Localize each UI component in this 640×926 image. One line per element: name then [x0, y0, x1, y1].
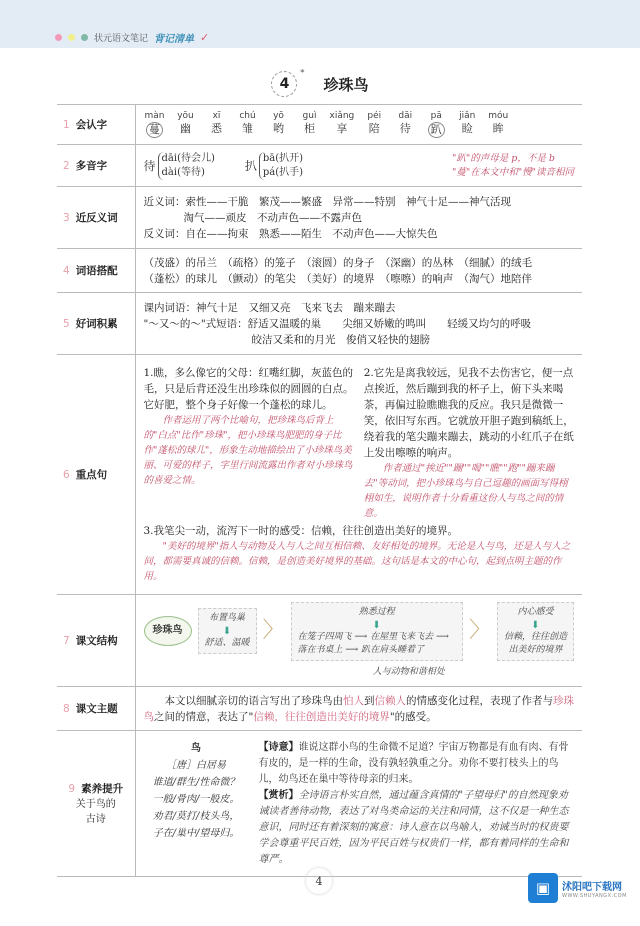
key-sentence: 1.瞧，多么像它的父母：红嘴红脚，灰蓝色的毛，只是后背还没生出珍珠似的圆圆的白点… — [144, 365, 354, 413]
character: 眸 — [493, 122, 504, 136]
pinyin-char: jiǎn睑 — [456, 111, 478, 138]
row-number: 7 — [63, 635, 70, 647]
pinyin: xī — [213, 111, 221, 122]
check-icon: ✓ — [200, 31, 209, 44]
watermark-name: 沭阳吧下载网 — [562, 878, 627, 893]
row-content: 本文以细腻亲切的语言写出了珍珠鸟由怕人到信赖人的情感变化过程，表现了作者与珍珠鸟… — [135, 687, 582, 731]
arrow-down-icon: ⬇ — [205, 627, 250, 637]
cube-logo-icon: ▣ — [528, 873, 558, 903]
sentence-block: 2.它先是离我较远，见我不去伤害它，便一点点挨近，然后蹦到我的杯子上，俯下头来喝… — [364, 365, 574, 521]
reading: dāi(待会儿) — [162, 152, 215, 166]
polyphone-item: 待 dāi(待会儿) dài(等待) — [144, 152, 215, 180]
row-title: 会认字 — [76, 119, 108, 131]
row-number: 9 — [68, 783, 75, 795]
brace: dāi(待会儿) dài(等待) — [158, 152, 215, 180]
badge-label: 背记清单 — [154, 30, 194, 45]
pinyin-char: xī悉 — [206, 111, 228, 138]
structure-box-feeling: 内心感受 ⬇ 信赖，往往创造 出美好的境界 — [497, 602, 574, 661]
pinyin-char: yō哟 — [268, 111, 290, 138]
row-title: 课文主题 — [76, 703, 118, 715]
row-label: 8课文主题 — [57, 687, 135, 731]
character: 待 — [400, 122, 411, 136]
words-line: 课内词语：神气十足 又细又亮 飞来飞去 蹦来蹦去 — [144, 300, 575, 316]
sentence-block: 1.瞧，多么像它的父母：红嘴红脚，灰蓝色的毛，只是后背还没生出珍珠似的圆圆的白点… — [144, 365, 354, 521]
poem: 鸟 ［唐］白居易 谁道/群生/性命微？ 一般/骨肉/一般皮。 劝君/莫打/枝头鸟… — [144, 740, 249, 868]
row-label: 5好词积累 — [57, 293, 135, 355]
row-text-structure: 7课文结构 珍珠鸟 布置鸟巢 ⬇ 舒适、温暖 〉 熟悉过程 ⬇ 在笼子四周飞 ⟶… — [57, 595, 582, 687]
pinyin: pā — [431, 111, 442, 122]
structure-box-process: 熟悉过程 ⬇ 在笼子四周飞 ⟶ 在屋里飞来飞去 ⟶ 落在书桌上 ⟶ 趴在肩头睡着… — [291, 602, 463, 661]
arrow-down-icon: ⬇ — [504, 621, 567, 631]
row-title: 重点句 — [76, 469, 108, 481]
row-number: 8 — [63, 703, 70, 715]
words-line: "～又～的～"式短语：舒适又温暖的巢 尖细又娇嫩的鸣叫 轻缓又均匀的呼吸 — [144, 316, 575, 332]
poem-meaning: 【诗意】谁说这群小鸟的生命微不足道？宇宙万物都是有血有肉、有骨有皮的，是一样的生… — [259, 740, 575, 788]
lesson-title: 珍珠鸟 — [323, 74, 368, 95]
character: 享 — [336, 122, 347, 136]
row-number: 5 — [63, 318, 70, 330]
pinyin-char: màn蔓 — [144, 111, 166, 138]
series-name: 状元语文笔记 — [94, 31, 148, 44]
pinyin: jiǎn — [459, 111, 475, 122]
analysis-text: 全诗语言朴实自然，通过蕴含真情的"子望母归"的自然现象劝诫读者善待动物，表达了对… — [259, 790, 569, 865]
structure-center: 珍珠鸟 — [144, 616, 192, 646]
poem-line: 谁道/群生/性命微？ — [144, 774, 249, 791]
pinyin: guì — [303, 111, 317, 122]
pinyin-char: chú雏 — [237, 111, 259, 138]
collocation-line: （蓬松）的球儿 （颤动）的笔尖 （美好）的境界 （嚓嚓）的响声 （淘气）地陪伴 — [144, 271, 575, 287]
row-number: 6 — [63, 469, 70, 481]
row-title: 课文结构 — [76, 635, 118, 647]
row-title: 近反义词 — [76, 212, 118, 224]
poem-section: 鸟 ［唐］白居易 谁道/群生/性命微？ 一般/骨肉/一般皮。 劝君/莫打/枝头鸟… — [144, 740, 575, 868]
page-number: 4 — [306, 868, 332, 894]
row-content: màn蔓yōu幽xī悉chú雏yō哟guì柜xiǎng享péi陪dāi待pā趴j… — [135, 105, 582, 145]
pinyin-char: guì柜 — [299, 111, 321, 138]
row-label: 1会认字 — [57, 105, 135, 145]
pinyin: dāi — [398, 111, 412, 122]
chevron-right-icon: 〉 — [263, 620, 285, 642]
watermark: ▣ 沭阳吧下载网 WWW.SHUYANGX.COM — [528, 873, 627, 903]
polyphone-group: 待 dāi(待会儿) dài(等待) 扒 bā(扒开) pá(扒手) "趴"的声… — [144, 152, 575, 180]
poem-line: 一般/骨肉/一般皮。 — [144, 791, 249, 808]
character: 哟 — [273, 122, 284, 136]
arrow-down-icon: ⬇ — [298, 621, 456, 631]
row-title: 素养提升 — [81, 783, 123, 795]
yellow-dot-icon — [68, 34, 75, 41]
row-content: 待 dāi(待会儿) dài(等待) 扒 bā(扒开) pá(扒手) "趴"的声… — [135, 145, 582, 187]
row-content: 珍珠鸟 布置鸟巢 ⬇ 舒适、温暖 〉 熟悉过程 ⬇ 在笼子四周飞 ⟶ 在屋里飞来… — [135, 595, 582, 687]
character: 柜 — [304, 122, 315, 136]
row-theme: 8课文主题 本文以细腻亲切的语言写出了珍珠鸟由怕人到信赖人的情感变化过程，表现了… — [57, 687, 582, 731]
pinyin: péi — [367, 111, 381, 122]
theme-segment: 到 — [364, 695, 375, 707]
pinyin-char: péi陪 — [363, 111, 385, 138]
theme-segment: 本文以细腻亲切的语言写出了珍珠鸟由 — [165, 695, 344, 707]
row-literacy: 9素养提升 关于鸟的 古诗 鸟 ［唐］白居易 谁道/群生/性命微？ 一般/骨肉/… — [57, 731, 582, 877]
box-body: 在笼子四周飞 ⟶ 在屋里飞来飞去 ⟶ — [298, 631, 456, 644]
pinyin-char: pā趴 — [425, 111, 447, 138]
character: 陪 — [369, 122, 380, 136]
row-title: 词语搭配 — [76, 265, 118, 277]
box-heading: 内心感受 — [504, 606, 567, 619]
watermark-url: WWW.SHUYANGX.COM — [562, 893, 627, 899]
poem-line: 劝君/莫打/枝头鸟， — [144, 808, 249, 825]
row-recognize-chars: 1会认字 màn蔓yōu幽xī悉chú雏yō哟guì柜xiǎng享péi陪dāi… — [57, 105, 582, 145]
row-number: 3 — [63, 212, 70, 224]
lesson-number-text: 4 — [280, 76, 290, 92]
box-body: 信赖，往往创造 — [504, 631, 567, 644]
polyphone-char: 扒 — [245, 158, 257, 174]
pinyin-char: móu眸 — [487, 111, 509, 138]
key-sentence: 2.它先是离我较远，见我不去伤害它，便一点点挨近，然后蹦到我的杯子上，俯下头来喝… — [364, 365, 574, 461]
poem-line: 子在/巢中/望母归。 — [144, 825, 249, 842]
pinyin-grid: màn蔓yōu幽xī悉chú雏yō哟guì柜xiǎng享péi陪dāi待pā趴j… — [144, 111, 575, 138]
lesson-header: 4 * 珍珠鸟 — [0, 66, 640, 102]
structure-footer: 人与动物和谐相处 — [244, 664, 575, 680]
row-collocations: 4词语搭配 （茂盛）的吊兰 （疏格）的笼子 （滚圆）的身子 （深幽）的丛林 （细… — [57, 249, 582, 293]
header-bar: 状元语文笔记 背记清单 ✓ — [55, 30, 209, 45]
row-label: 3近反义词 — [57, 187, 135, 249]
box-body: 落在书桌上 ⟶ 趴在肩头睡着了 — [298, 644, 456, 657]
reading: dài(等待) — [162, 166, 215, 180]
structure-diagram: 珍珠鸟 布置鸟巢 ⬇ 舒适、温暖 〉 熟悉过程 ⬇ 在笼子四周飞 ⟶ 在屋里飞来… — [144, 602, 575, 661]
box-body: 出美好的境界 — [504, 644, 567, 657]
pinyin: yō — [273, 111, 284, 122]
antonym-line: 反义词：自在——拘束 熟悉——陌生 不动声色——大惊失色 — [144, 226, 575, 242]
row-polyphones: 2多音字 待 dāi(待会儿) dài(等待) 扒 bā(扒开) pá(扒手) — [57, 145, 582, 187]
lesson-number: 4 * — [271, 71, 297, 97]
polyphone-item: 扒 bā(扒开) pá(扒手) — [245, 152, 303, 180]
theme-highlight: 信赖人 — [375, 695, 407, 707]
character: 睑 — [462, 122, 473, 136]
theme-highlight: 怕人 — [343, 695, 364, 707]
green-dot-icon — [81, 34, 88, 41]
words-line: 皎洁又柔和的月光 俊俏又轻快的翅膀 — [144, 332, 575, 348]
row-subtitle: 古诗 — [57, 812, 135, 827]
meaning-tag: 【诗意】 — [259, 742, 299, 753]
collocation-line: （茂盛）的吊兰 （疏格）的笼子 （滚圆）的身子 （深幽）的丛林 （细腻）的绒毛 — [144, 255, 575, 271]
synonym-line: 近义词：索性——干脆 繁茂——繁盛 异常——特别 神气十足——神气活现 — [144, 194, 575, 210]
pinyin-char: yōu幽 — [175, 111, 197, 138]
pinyin: móu — [488, 111, 508, 122]
pinyin: xiǎng — [330, 111, 355, 122]
row-content: 近义词：索性——干脆 繁茂——繁盛 异常——特别 神气十足——神气活现 淘气——… — [135, 187, 582, 249]
row-label: 4词语搭配 — [57, 249, 135, 293]
pinyin-char: xiǎng享 — [330, 111, 355, 138]
structure-box-nest: 布置鸟巢 ⬇ 舒适、温暖 — [198, 608, 257, 654]
reading: bā(扒开) — [263, 152, 303, 166]
theme-segment: "的感受。 — [390, 711, 437, 723]
row-number: 4 — [63, 265, 70, 277]
note-line: "趴"的声母是 p，不是 b — [452, 152, 574, 166]
sentence-annotation: 作者运用了两个比喻句，把珍珠鸟后背上的"白点"比作"珍珠"，把小珍珠鸟肥肥的身子… — [144, 413, 354, 488]
poem-author: ［唐］白居易 — [144, 757, 249, 774]
character: 趴 — [428, 122, 445, 138]
analysis-tag: 【赏析】 — [259, 790, 299, 801]
row-good-words: 5好词积累 课内词语：神气十足 又细又亮 飞来飞去 蹦来蹦去 "～又～的～"式短… — [57, 293, 582, 355]
row-label: 6重点句 — [57, 355, 135, 595]
sentence-columns: 1.瞧，多么像它的父母：红嘴红脚，灰蓝色的毛，只是后背还没生出珍珠似的圆圆的白点… — [144, 365, 575, 521]
row-synonyms-antonyms: 3近反义词 近义词：索性——干脆 繁茂——繁盛 异常——特别 神气十足——神气活… — [57, 187, 582, 249]
polyphone-char: 待 — [144, 158, 156, 174]
row-label: 2多音字 — [57, 145, 135, 187]
row-title: 好词积累 — [76, 318, 118, 330]
key-sentence: 3.我笔尖一动，流泻下一时的感受：信赖，往往创造出美好的境界。 — [144, 523, 575, 539]
reading: pá(扒手) — [263, 166, 303, 180]
sentence-annotation: 作者通过"挨近""蹦""喝""瞧""跑""蹦来蹦去"等动词，把小珍珠鸟与自己逗趣… — [364, 461, 574, 521]
row-number: 1 — [63, 119, 70, 131]
row-title: 多音字 — [76, 160, 108, 172]
theme-highlight: 信赖，往往创造出美好的境界 — [253, 711, 390, 723]
box-heading: 布置鸟巢 — [205, 612, 250, 625]
row-content: 课内词语：神气十足 又细又亮 飞来飞去 蹦来蹦去 "～又～的～"式短语：舒适又温… — [135, 293, 582, 355]
theme-segment: 之间的情意，表达了" — [154, 711, 253, 723]
row-label: 9素养提升 关于鸟的 古诗 — [57, 731, 135, 877]
row-key-sentences: 6重点句 1.瞧，多么像它的父母：红嘴红脚，灰蓝色的毛，只是后背还没生出珍珠似的… — [57, 355, 582, 595]
note-line: "蔓"在本文中和"慢"读音相同 — [452, 166, 574, 180]
character: 悉 — [211, 122, 222, 136]
chevron-right-icon: 〉 — [469, 620, 491, 642]
star-icon: * — [300, 68, 304, 77]
theme-text: 本文以细腻亲切的语言写出了珍珠鸟由怕人到信赖人的情感变化过程，表现了作者与珍珠鸟… — [144, 693, 575, 725]
character: 雏 — [242, 122, 253, 136]
pinyin-char: dāi待 — [394, 111, 416, 138]
row-number: 2 — [63, 160, 70, 172]
box-body: 舒适、温暖 — [205, 637, 250, 650]
character: 幽 — [180, 122, 191, 136]
study-table: 1会认字 màn蔓yōu幽xī悉chú雏yō哟guì柜xiǎng享péi陪dāi… — [57, 104, 582, 877]
poem-analysis: 【赏析】全诗语言朴实自然，通过蕴含真情的"子望母归"的自然现象劝诫读者善待动物，… — [259, 788, 575, 868]
pinyin: yōu — [177, 111, 194, 122]
row-content: （茂盛）的吊兰 （疏格）的笼子 （滚圆）的身子 （深幽）的丛林 （细腻）的绒毛 … — [135, 249, 582, 293]
brace: bā(扒开) pá(扒手) — [259, 152, 303, 180]
row-content: 鸟 ［唐］白居易 谁道/群生/性命微？ 一般/骨肉/一般皮。 劝君/莫打/枝头鸟… — [135, 731, 582, 877]
pronunciation-note: "趴"的声母是 p，不是 b "蔓"在本文中和"慢"读音相同 — [452, 152, 574, 180]
row-subtitle: 关于鸟的 — [57, 797, 135, 812]
row-content: 1.瞧，多么像它的父母：红嘴红脚，灰蓝色的毛，只是后背还没生出珍珠似的圆圆的白点… — [135, 355, 582, 595]
box-heading: 熟悉过程 — [298, 606, 456, 619]
poem-title: 鸟 — [144, 740, 249, 757]
theme-segment: 的情感变化过程，表现了作者与 — [406, 695, 553, 707]
poem-explanation: 【诗意】谁说这群小鸟的生命微不足道？宇宙万物都是有血有肉、有骨有皮的，是一样的生… — [259, 740, 575, 868]
pinyin: chú — [239, 111, 255, 122]
sentence-annotation: "美好的境界"指人与动物及人与人之间互相信赖、友好相处的境界。无论是人与鸟，还是… — [144, 539, 575, 584]
pink-dot-icon — [55, 34, 62, 41]
character: 蔓 — [146, 122, 163, 138]
synonym-line: 淘气——顽皮 不动声色——不露声色 — [144, 210, 575, 226]
pinyin: màn — [145, 111, 165, 122]
row-label: 7课文结构 — [57, 595, 135, 687]
meaning-text: 谁说这群小鸟的生命微不足道？宇宙万物都是有血有肉、有骨有皮的，是一样的生命，没有… — [259, 742, 569, 785]
